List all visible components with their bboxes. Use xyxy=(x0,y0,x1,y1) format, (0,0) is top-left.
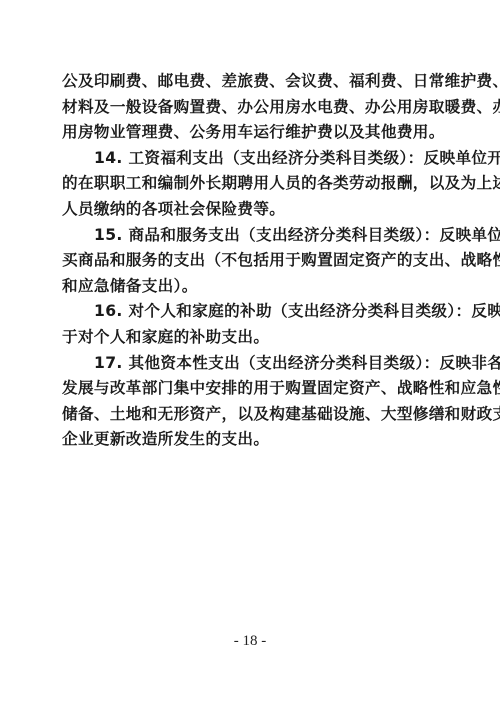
document-page: 公及印刷费、邮电费、差旅费、会议费、福利费、日常维护费、专用 材料及一般设备购置… xyxy=(0,0,500,707)
item-17-heading: 17. 其他资本性支出（支出经济分类科目类级）：反映非各级 xyxy=(62,351,440,377)
text-line: 的在职职工和编制外长期聘用人员的各类劳动报酬，以及为上述 xyxy=(62,171,440,197)
text-line: 于对个人和家庭的补助支出。 xyxy=(62,325,440,351)
text-line: 材料及一般设备购置费、办公用房水电费、办公用房取暖费、办公 xyxy=(62,95,440,121)
text-line: 储备、土地和无形资产，以及构建基础设施、大型修缮和财政支持 xyxy=(62,402,440,428)
body-text: 公及印刷费、邮电费、差旅费、会议费、福利费、日常维护费、专用 材料及一般设备购置… xyxy=(62,69,440,453)
text-line: 和应急储备支出）。 xyxy=(62,274,440,300)
text-line: 人员缴纳的各项社会保险费等。 xyxy=(62,197,440,223)
text-line: 公及印刷费、邮电费、差旅费、会议费、福利费、日常维护费、专用 xyxy=(62,69,440,95)
text-line: 企业更新改造所发生的支出。 xyxy=(62,427,440,453)
text-line: 发展与改革部门集中安排的用于购置固定资产、战略性和应急性 xyxy=(62,376,440,402)
text-line: 用房物业管理费、公务用车运行维护费以及其他费用。 xyxy=(62,120,440,146)
item-15-heading: 15. 商品和服务支出（支出经济分类科目类级）：反映单位购 xyxy=(62,223,440,249)
page-number: - 18 - xyxy=(0,633,500,650)
text-line: 买商品和服务的支出（不包括用于购置固定资产的支出、战略性 xyxy=(62,248,440,274)
item-14-heading: 14. 工资福利支出（支出经济分类科目类级）：反映单位开支 xyxy=(62,146,440,172)
item-16-heading: 16. 对个人和家庭的补助（支出经济分类科目类级）：反映用 xyxy=(62,299,440,325)
